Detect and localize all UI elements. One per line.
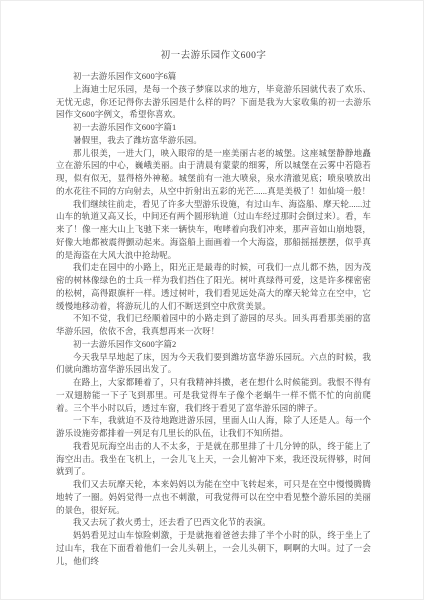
essay2-paragraph-5: 我们又去玩摩天轮，本来妈妈以为能在空中飞转起来，可只是在空中慢慢腾腾地转了一圈。… — [56, 478, 371, 516]
essay1-paragraph-5: 不知不觉，我们已经顺着园中的小路走到了游园的尽头。回头再看那美丽的富华游乐园，依… — [56, 312, 371, 338]
essay1-paragraph-1: 暑假里，我去了潍坊富华游乐园。 — [56, 134, 371, 147]
essay2-paragraph-4: 我看见玩海空出击的人不太多，于是就在那里排了十几分钟的队，终于能上了海空出击。我… — [56, 440, 371, 478]
essay1-paragraph-3: 我们继续往前走，看见了许多大型游乐设施，有过山车、海盗船、摩天轮......过山… — [56, 198, 371, 262]
essay2-paragraph-3: 一下车，我就迫不及待地跑进游乐园，里面人山人海，除了人还是人。每一个游乐设施旁都… — [56, 414, 371, 440]
intro-paragraph: 上海迪士尼乐园，是每一个孩子梦寐以求的地方，毕竟游乐园就代表了欢乐、无忧无虑，你… — [56, 83, 371, 121]
essay2-heading: 初一去游乐园作文600字篇2 — [56, 338, 371, 351]
essay2-paragraph-7: 妈妈看见过山车惊险刺激，于是就拖着爸爸去排了半个小时的队，终于坐上了过山车，我在… — [56, 529, 371, 567]
essay2-paragraph-2: 在路上，大家都睡着了，只有我精神抖擞，老在想什么时候能到。我恨不得有一双翅膀能一… — [56, 376, 371, 414]
collection-heading: 初一去游乐园作文600字6篇 — [56, 70, 371, 83]
document-page: 初一去游乐园作文600字 初一去游乐园作文600字6篇 上海迪士尼乐园，是每一个… — [0, 0, 424, 600]
essay2-paragraph-6: 我又去玩了救火勇士，还去看了巴西文化节的表演。 — [56, 516, 371, 529]
document-title: 初一去游乐园作文600字 — [56, 49, 371, 63]
essay1-paragraph-4: 我们走在园中的小路上，阳光正是最毒的时候，可我们一点儿都不热，因为茂密的树林像绿… — [56, 261, 371, 312]
essay1-heading: 初一去游乐园作文600字篇1 — [56, 121, 371, 134]
essay2-paragraph-1: 今天我早早地起了床，因为今天我们要到潍坊富华游乐园玩。六点的时候，我们就向潍坊富… — [56, 351, 371, 377]
essay1-paragraph-2: 那儿很美，一进大门，映入眼帘的是一座美丽古老的城堡。这座城堡静静地矗立在游乐园的… — [56, 147, 371, 198]
